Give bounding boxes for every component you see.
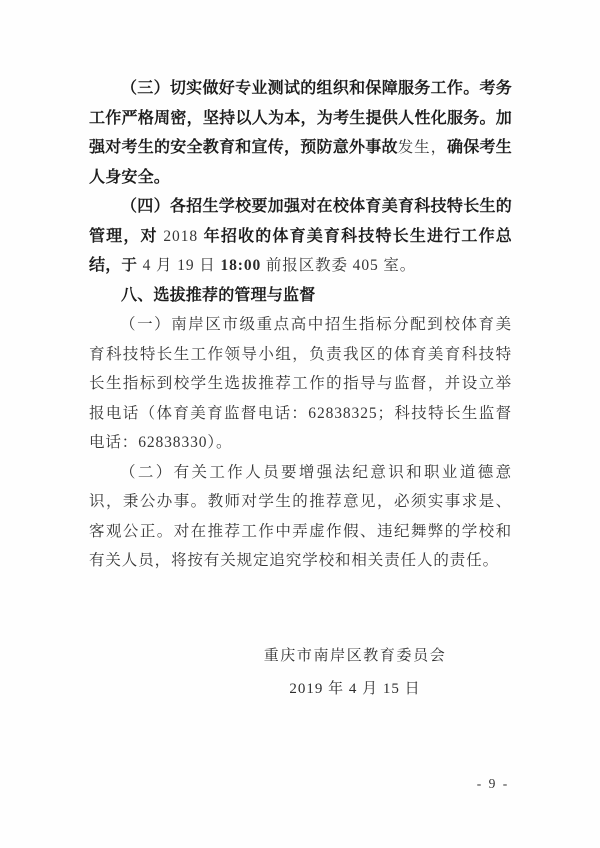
- page-number: - 9 -: [468, 776, 518, 792]
- paragraph-four-run-room: 前报区教委 405 室。: [261, 257, 416, 274]
- paragraph-four-run-year: 2018: [163, 228, 198, 245]
- paragraph-item-two: （二）有关工作人员要增强法纪意识和职业道德意识，秉公办事。教师对学生的推荐意见，…: [89, 458, 512, 576]
- issuer-name: 重庆市南岸区教育委员会: [212, 640, 498, 673]
- document-body: （三）切实做好专业测试的组织和保障服务工作。考务工作严格周密，坚持以人为本，为考…: [89, 74, 512, 576]
- paragraph-four-run-date: 4 月 19 日: [143, 257, 221, 274]
- paragraph-four-run-time: 18:00: [220, 257, 261, 274]
- signature-block: 重庆市南岸区教育委员会 2019 年 4 月 15 日: [212, 640, 498, 706]
- paragraph-four-run-yu: 于: [121, 257, 142, 274]
- paragraph-three-run-serif: 发生，: [398, 139, 447, 156]
- issue-date: 2019 年 4 月 15 日: [212, 673, 498, 706]
- paragraph-item-four: （四）各招生学校要加强对在校体育美育科技特长生的管理，对 2018 年招收的体育…: [89, 192, 512, 281]
- paragraph-item-three: （三）切实做好专业测试的组织和保障服务工作。考务工作严格周密，坚持以人为本，为考…: [89, 74, 512, 192]
- document-page: （三）切实做好专业测试的组织和保障服务工作。考务工作严格周密，坚持以人为本，为考…: [0, 0, 600, 848]
- paragraph-item-one: （一）南岸区市级重点高中招生指标分配到校体育美育科技特长生工作领导小组，负责我区…: [89, 310, 512, 458]
- section-heading-eight: 八、选拔推荐的管理与监督: [89, 281, 512, 311]
